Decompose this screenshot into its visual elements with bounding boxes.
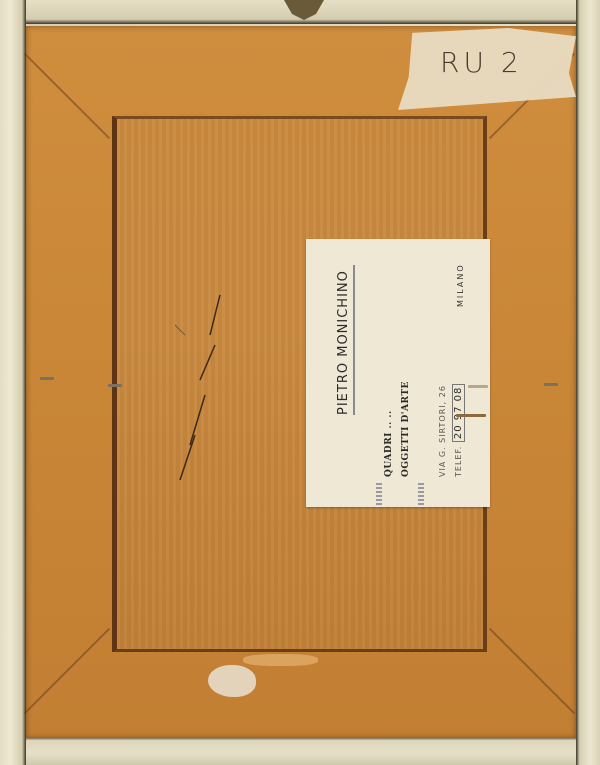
miter-joint bbox=[24, 628, 110, 714]
address: VIA G. SIRTORI, 26 bbox=[438, 385, 447, 477]
wood-chip bbox=[243, 654, 318, 666]
tape-label: RU 2 bbox=[440, 46, 523, 79]
dealer-name: PIETRO MONICHINO bbox=[336, 270, 351, 415]
nail bbox=[544, 383, 558, 386]
card-stripe bbox=[376, 481, 382, 505]
frame-bottom-rail bbox=[0, 737, 600, 765]
frame-left-rail bbox=[0, 0, 26, 765]
handwritten-signature bbox=[175, 285, 235, 485]
card-pin bbox=[468, 385, 488, 388]
frame-right-rail bbox=[576, 0, 600, 765]
white-stain bbox=[208, 665, 256, 697]
card-stripe bbox=[418, 481, 424, 505]
services-line-2: OGGETTI D'ARTE bbox=[401, 381, 411, 477]
services-line-1: QUADRI .. .. bbox=[384, 410, 394, 477]
city: MILANO bbox=[456, 263, 465, 307]
telephone: TELEF. 20 97 08 bbox=[453, 384, 464, 477]
card-pin bbox=[456, 414, 486, 417]
miter-joint bbox=[489, 628, 575, 714]
signature-scribble-icon bbox=[175, 285, 235, 485]
tel-prefix: TELEF. bbox=[454, 446, 463, 477]
nail bbox=[108, 384, 122, 387]
miter-joint bbox=[24, 53, 110, 139]
dealer-label-card: PIETRO MONICHINO QUADRI .. .. OGGETTI D'… bbox=[306, 239, 490, 507]
nail bbox=[40, 377, 54, 380]
name-underline bbox=[353, 265, 355, 415]
tel-number: 20 97 08 bbox=[452, 384, 465, 443]
